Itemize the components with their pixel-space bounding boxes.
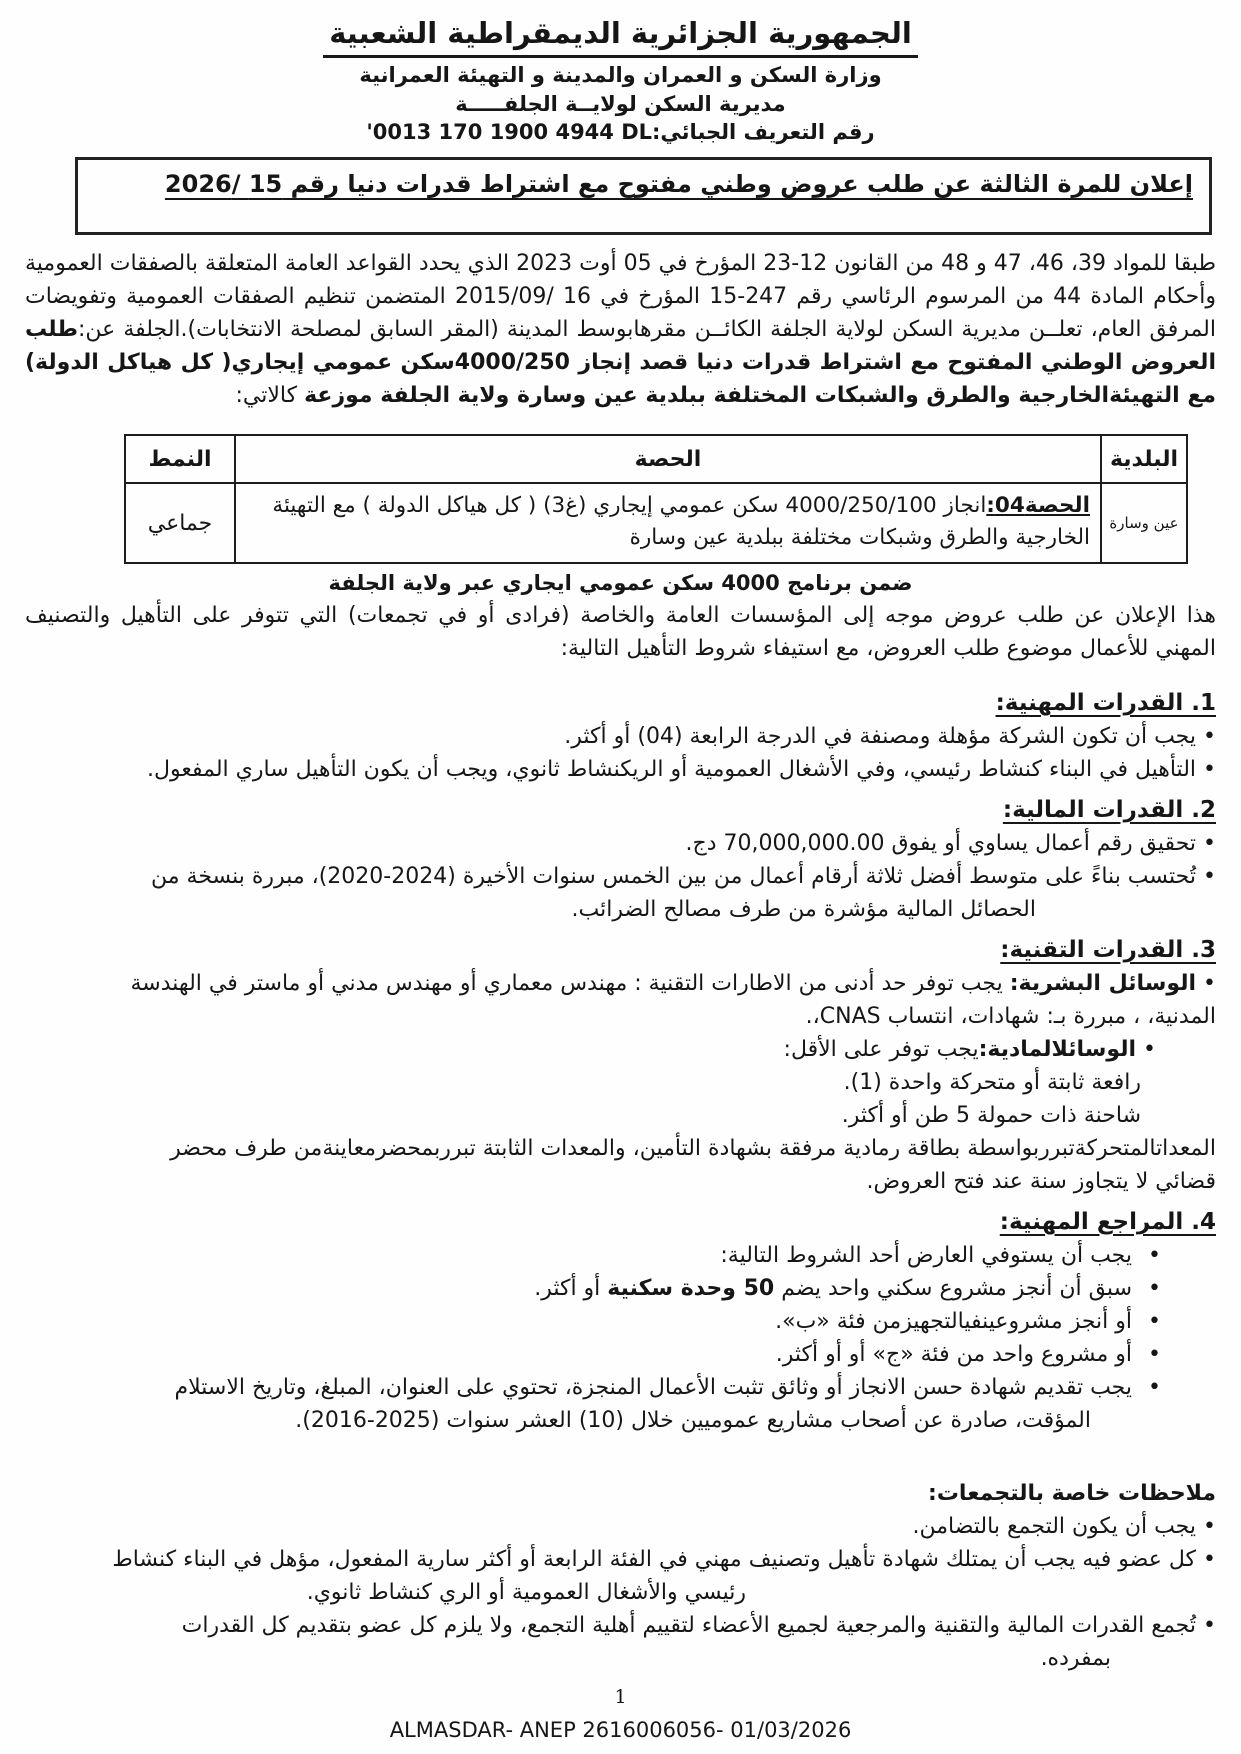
bullet-text: يجب توفر على الأقل:: [784, 1037, 979, 1062]
table-header-row: البلدية الحصة النمط: [125, 435, 1187, 483]
bullet-item: •أو مشروع واحد من فئة «ج» أو أو أكثر.: [25, 1338, 1216, 1371]
bullet-item: • تُحتسب بناءً على متوسط أفضل ثلاثة أرقا…: [25, 860, 1216, 893]
bullet-continuation: رئيسي والأشغال العمومية أو الري كنشاط ثا…: [25, 1576, 1216, 1609]
table-row: عين وسارة الحصة04:انجاز 4000/250/100 سكن…: [125, 483, 1187, 563]
bullet-text: أو أنجز مشروعينفيالتجهيزمن فئة «ب».: [25, 1305, 1132, 1338]
equipment-justification-continuation: قضائي لا يتجاوز سنة عند فتح العروض.: [25, 1165, 1216, 1198]
section-4-heading: 4. المراجع المهنية:: [25, 1206, 1216, 1239]
bullet-marker: •: [1203, 864, 1216, 889]
bullet-marker: •: [1203, 1613, 1216, 1638]
cell-municipality: عين وسارة: [1101, 483, 1187, 563]
bullet-item: • يجب أن تكون الشركة مؤهلة ومصنفة في الد…: [25, 720, 1216, 753]
lot-text: انجاز 4000/250/100 سكن عمومي إيجاري (غ3)…: [272, 493, 1090, 550]
section-1-heading: 1. القدرات المهنية:: [25, 687, 1216, 720]
reference-bold: 50 وحدة سكنية: [607, 1276, 774, 1301]
program-note: ضمن برنامج 4000 سكن عمومي ايجاري عبر ولا…: [25, 571, 1216, 595]
intro-paragraph: طبقا للمواد 39، 46، 47 و 48 من القانون 1…: [25, 247, 1216, 412]
ministry-line: وزارة السكن و العمران والمدينة و التهيئة…: [25, 63, 1216, 87]
scanned-tender-document: الجمهورية الجزائرية الديمقراطية الشعبية …: [0, 0, 1241, 1754]
bullet-text: تُجمع القدرات المالية والتقنية والمرجعية…: [182, 1613, 1196, 1638]
bullet-text: التأهيل في البناء كنشاط رئيسي، وفي الأشغ…: [147, 757, 1196, 782]
equipment-item: شاحنة ذات حمولة 5 طن أو أكثر.: [25, 1099, 1216, 1132]
section-technical-capacities: 3. القدرات التقنية: • الوسائل البشرية: ي…: [25, 934, 1216, 1198]
bullet-item: • الوسائل البشرية: يجب توفر حد أدنى من ا…: [25, 967, 1216, 1000]
bullet-text: يجب أن يكون التجمع بالتضامن.: [912, 1514, 1196, 1539]
cell-lot: الحصة04:انجاز 4000/250/100 سكن عمومي إيج…: [235, 483, 1101, 563]
notice-title: إعلان للمرة الثالثة عن طلب عروض وطني مفت…: [165, 170, 1193, 198]
bullet-continuation: بمفرده.: [25, 1642, 1216, 1675]
equipment-item: رافعة ثابتة أو متحركة واحدة (1).: [25, 1066, 1216, 1099]
bullet-text: كل عضو فيه يجب أن يمتلك شهادة تأهيل وتصن…: [112, 1547, 1196, 1572]
bullet-text: يجب أن يستوفي العارض أحد الشروط التالية:: [25, 1239, 1132, 1272]
bullet-item: •سبق أن أنجز مشروع سكني واحد يضم 50 وحدة…: [25, 1272, 1216, 1305]
bullet-marker: •: [1203, 1514, 1216, 1539]
human-resources-label: الوسائل البشرية:: [1010, 971, 1196, 996]
bullet-marker: •: [1203, 831, 1216, 856]
directorate-line: مديرية السكن لولايــة الجلفـــــة: [25, 92, 1216, 116]
bullet-text: يجب أن تكون الشركة مؤهلة ومصنفة في الدرج…: [564, 724, 1196, 749]
bullet-item: • تحقيق رقم أعمال يساوي أو يفوق 70,000,0…: [25, 827, 1216, 860]
bullet-text: تحقيق رقم أعمال يساوي أو يفوق 70,000,000…: [686, 831, 1196, 856]
header-lot: الحصة: [235, 435, 1101, 483]
section-2-heading: 2. القدرات المالية:: [25, 794, 1216, 827]
bullet-marker: •: [1148, 1239, 1161, 1272]
bullet-item: •أو أنجز مشروعينفيالتجهيزمن فئة «ب».: [25, 1305, 1216, 1338]
document-header: الجمهورية الجزائرية الديمقراطية الشعبية …: [25, 16, 1216, 144]
section-professional-references: 4. المراجع المهنية: •يجب أن يستوفي العار…: [25, 1206, 1216, 1437]
bullet-marker: •: [1148, 1305, 1161, 1338]
bullet-marker: •: [1148, 1338, 1161, 1371]
material-resources-label: الوسائلالمادية:: [979, 1037, 1136, 1062]
notes-heading: ملاحظات خاصة بالتجمعات:: [25, 1477, 1216, 1510]
bullet-text: يجب تقديم شهادة حسن الانجاز أو وثائق تثب…: [25, 1371, 1132, 1404]
footer-credit: ALMASDAR- ANEP 2616006056- 01/03/2026: [0, 1718, 1241, 1742]
bullet-marker: •: [1148, 1371, 1161, 1404]
bullet-item: • كل عضو فيه يجب أن يمتلك شهادة تأهيل وت…: [25, 1543, 1216, 1576]
bullet-marker: •: [1203, 971, 1216, 996]
header-municipality: البلدية: [1101, 435, 1187, 483]
reference-text: أو أكثر.: [534, 1276, 607, 1301]
equipment-justification-line: المعداتالمتحركةتبرربواسطة بطاقة رمادية م…: [25, 1132, 1216, 1165]
audience-paragraph: هذا الإعلان عن طلب عروض موجه إلى المؤسسا…: [25, 599, 1216, 665]
bullet-marker: •: [1148, 1272, 1161, 1305]
section-financial-capacities: 2. القدرات المالية: • تحقيق رقم أعمال يس…: [25, 794, 1216, 926]
intro-regular-end: كالاتي:: [236, 383, 305, 408]
reference-text: سبق أن أنجز مشروع سكني واحد يضم: [774, 1276, 1132, 1301]
bullet-text: سبق أن أنجز مشروع سكني واحد يضم 50 وحدة …: [25, 1272, 1132, 1305]
page-number: 1: [0, 1686, 1241, 1708]
bullet-marker: •: [1143, 1037, 1156, 1062]
bullet-item: •يجب تقديم شهادة حسن الانجاز أو وثائق تث…: [25, 1371, 1216, 1404]
republic-title: الجمهورية الجزائرية الديمقراطية الشعبية: [323, 16, 918, 58]
lot-label: الحصة04:: [986, 493, 1090, 518]
bullet-item: • الوسائلالمادية:يجب توفر على الأقل:: [25, 1033, 1216, 1066]
tax-id-label: رقم التعريف الجبائي:: [652, 120, 875, 144]
lots-table: البلدية الحصة النمط عين وسارة الحصة04:ان…: [124, 434, 1188, 564]
bullet-item: • يجب أن يكون التجمع بالتضامن.: [25, 1510, 1216, 1543]
bullet-text: أو مشروع واحد من فئة «ج» أو أو أكثر.: [25, 1338, 1132, 1371]
bullet-marker: •: [1203, 757, 1216, 782]
bullet-item: • التأهيل في البناء كنشاط رئيسي، وفي الأ…: [25, 753, 1216, 786]
bullet-marker: •: [1203, 724, 1216, 749]
bullet-continuation: المؤقت، صادرة عن أصحاب مشاريع عموميين خل…: [25, 1404, 1216, 1437]
section-professional-capacities: 1. القدرات المهنية: • يجب أن تكون الشركة…: [25, 687, 1216, 786]
bullet-text: يجب توفر حد أدنى من الاطارات التقنية : م…: [131, 971, 1010, 996]
bullet-continuation: الحصائل المالية مؤشرة من طرف مصالح الضرا…: [25, 893, 1216, 926]
section-3-heading: 3. القدرات التقنية:: [25, 934, 1216, 967]
intro-regular-start: طبقا للمواد 39، 46، 47 و 48 من القانون 1…: [25, 251, 1216, 342]
cell-type: جماعي: [125, 483, 235, 563]
notes-section: ملاحظات خاصة بالتجمعات: • يجب أن يكون ال…: [25, 1477, 1216, 1675]
header-type: النمط: [125, 435, 235, 483]
tax-id-line: رقم التعريف الجبائي:'0013 170 1900 4944 …: [25, 120, 1216, 144]
tax-id-value: '0013 170 1900 4944 DL: [366, 120, 652, 144]
notice-title-box: إعلان للمرة الثالثة عن طلب عروض وطني مفت…: [75, 157, 1212, 235]
bullet-continuation: المدنية، ، مبررة بـ: شهادات، انتساب CNAS…: [25, 1000, 1216, 1033]
bullet-text: تُحتسب بناءً على متوسط أفضل ثلاثة أرقام …: [151, 864, 1196, 889]
bullet-marker: •: [1203, 1547, 1216, 1572]
bullet-item: • تُجمع القدرات المالية والتقنية والمرجع…: [25, 1609, 1216, 1642]
bullet-item: •يجب أن يستوفي العارض أحد الشروط التالية…: [25, 1239, 1216, 1272]
